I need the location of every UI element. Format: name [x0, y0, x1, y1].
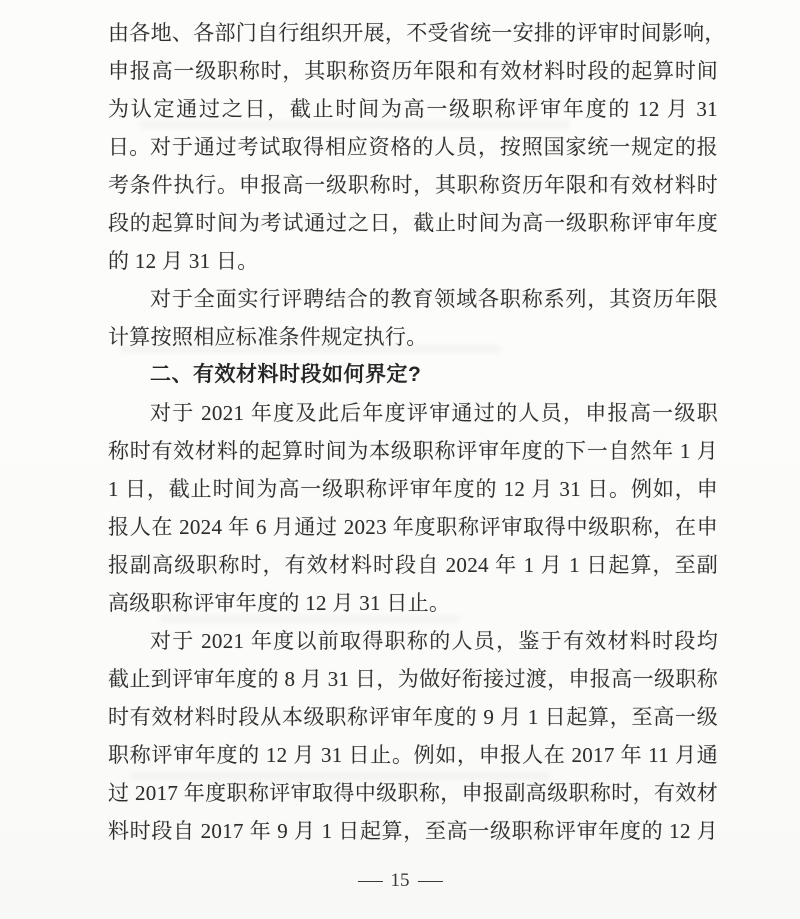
paragraph: 对于全面实行评聘结合的教育领域各职称系列，其资历年限计算按照相应标准条件规定执行…	[108, 280, 718, 356]
text-line: 1 日，截止时间为高一级职称评审年度的 12 月 31 日。例如，申	[108, 470, 718, 508]
footer-dash-right: —	[418, 869, 443, 893]
text-line: 时有效材料时段从本级职称评审年度的 9 月 1 日起算，至高一级	[108, 698, 718, 736]
paragraph: 对于通过考试取得相应资格的人员，按照国家统一规定的报考条件执行。申报高一级职称时…	[108, 128, 718, 280]
text-line: 对于全面实行评聘结合的教育领域各职称系列，其资历年限	[108, 280, 718, 318]
text-line: 报人在 2024 年 6 月通过 2023 年度职称评审取得中级职称，在申	[108, 508, 718, 546]
text-line: 截止到评审年度的 8 月 31 日，为做好衔接过渡，申报高一级职称	[108, 660, 718, 698]
text-line: 的 12 月 31 日。	[108, 242, 718, 280]
text-line: 为认定通过之日，截止时间为高一级职称评审年度的 12 月 31 日。	[108, 90, 718, 128]
text-line: 段的起算时间为考试通过之日，截止时间为高一级职称评审年度	[108, 204, 718, 242]
text-line: 料时段自 2017 年 9 月 1 日起算，至高一级职称评审年度的 12 月	[108, 812, 718, 850]
page-footer: —15—	[0, 869, 800, 893]
text-line: 对于 2021 年度及此后年度评审通过的人员，申报高一级职	[108, 394, 718, 432]
text-line: 对于通过考试取得相应资格的人员，按照国家统一规定的报	[108, 128, 718, 166]
paragraph: 对于 2021 年度以前取得职称的人员，鉴于有效材料时段均截止到评审年度的 8 …	[108, 622, 718, 850]
paragraph: 由各地、各部门自行组织开展，不受省统一安排的评审时间影响，申报高一级职称时，其职…	[108, 14, 718, 128]
text-line: 由各地、各部门自行组织开展，不受省统一安排的评审时间影响，	[108, 14, 718, 52]
paragraph: 对于 2021 年度及此后年度评审通过的人员，申报高一级职称时有效材料的起算时间…	[108, 394, 718, 622]
text-line: 考条件执行。申报高一级职称时，其职称资历年限和有效材料时	[108, 166, 718, 204]
text-line: 职称评审年度的 12 月 31 日止。例如，申报人在 2017 年 11 月通	[108, 736, 718, 774]
footer-dash-left: —	[358, 869, 383, 893]
section-heading: 二、有效材料时段如何界定?	[108, 356, 718, 394]
text-line: 申报高一级职称时，其职称资历年限和有效材料时段的起算时间	[108, 52, 718, 90]
document-page: 由各地、各部门自行组织开展，不受省统一安排的评审时间影响，申报高一级职称时，其职…	[0, 0, 800, 919]
document-body: 由各地、各部门自行组织开展，不受省统一安排的评审时间影响，申报高一级职称时，其职…	[108, 14, 718, 850]
text-line: 计算按照相应标准条件规定执行。	[108, 318, 718, 356]
text-line: 过 2017 年度职称评审取得中级职称，申报副高级职称时，有效材	[108, 774, 718, 812]
text-line: 报副高级职称时，有效材料时段自 2024 年 1 月 1 日起算，至副	[108, 546, 718, 584]
text-line: 高级职称评审年度的 12 月 31 日止。	[108, 584, 718, 622]
text-line: 称时有效材料的起算时间为本级职称评审年度的下一自然年 1 月	[108, 432, 718, 470]
page-number: 15	[391, 870, 410, 891]
text-line: 对于 2021 年度以前取得职称的人员，鉴于有效材料时段均	[108, 622, 718, 660]
